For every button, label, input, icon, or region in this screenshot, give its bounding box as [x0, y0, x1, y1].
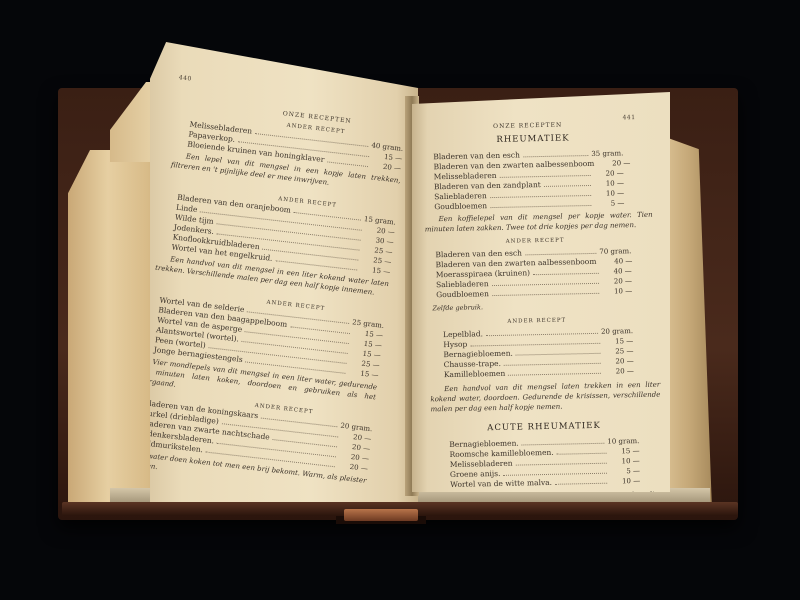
- book-photo: 440 ONZE RECEPTEN ANDER RECEPT Melissebl…: [0, 0, 800, 600]
- spine-headband: [344, 509, 418, 521]
- ingredient-list: Bladeren van den esch35 gram. Bladeren v…: [433, 148, 624, 212]
- page-number: 441: [622, 114, 635, 121]
- recipe-note: Zelfde gebruik.: [432, 303, 483, 312]
- ingredient-list: Bernagiebloemen.10 gram. Roomsche kamill…: [449, 436, 640, 490]
- running-head: ONZE RECEPTEN: [453, 121, 603, 131]
- section-title-acute: ACUTE RHEUMATIEK: [459, 420, 629, 434]
- recipe-heading: ANDER RECEPT: [455, 236, 615, 245]
- recipe-heading: ANDER RECEPT: [457, 316, 617, 325]
- left-page: 440 ONZE RECEPTEN ANDER RECEPT Melissebl…: [150, 42, 418, 502]
- recipe-instructions: Een lepel van dit mengsel laten trekken …: [434, 490, 665, 492]
- page-number: 440: [178, 74, 192, 82]
- recipe-instructions: Een handvol van dit mengsel laten trekke…: [430, 380, 661, 415]
- ingredient-list: Lepelblad.20 gram. Hysop15 — Bernagieblo…: [443, 326, 634, 380]
- recipe-instructions: Een koffielepel van dit mengsel per kopj…: [425, 210, 653, 235]
- right-page: 441 ONZE RECEPTEN RHEUMATIEK Bladeren va…: [412, 92, 670, 492]
- section-title: RHEUMATIEK: [453, 133, 613, 146]
- ingredient-list: Bladeren van den esch70 gram. Bladeren v…: [435, 246, 632, 300]
